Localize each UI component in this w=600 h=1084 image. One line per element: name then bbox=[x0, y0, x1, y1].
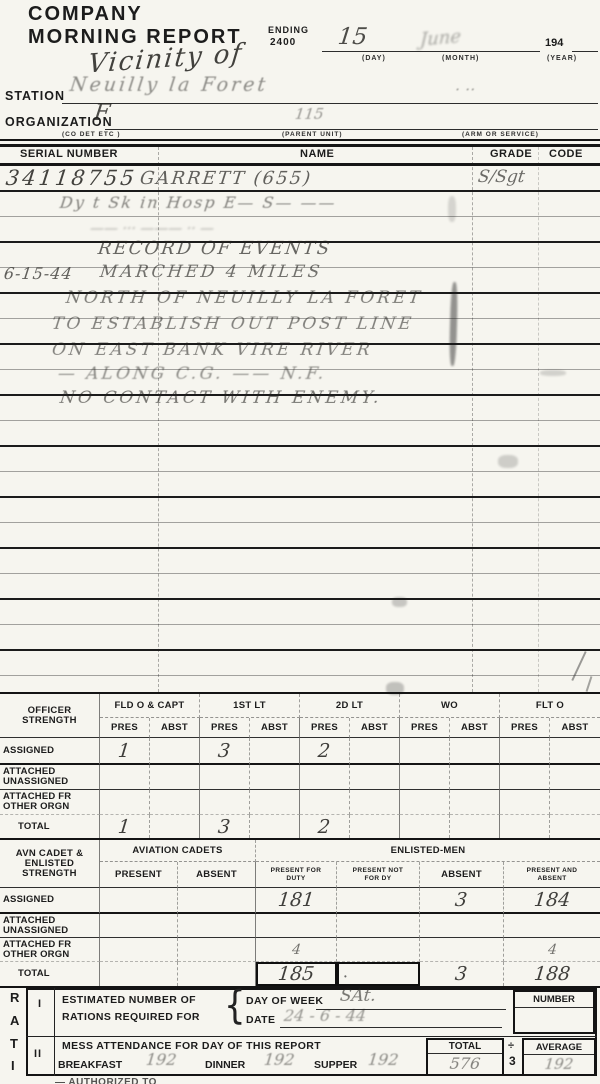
entry-grade: S/Sgt bbox=[477, 167, 526, 187]
number-box-label: NUMBER bbox=[515, 992, 593, 1008]
handwritten-month: June bbox=[420, 26, 462, 51]
acell bbox=[178, 888, 256, 914]
group-enlisted-men: ENLISTED-MEN bbox=[256, 840, 600, 862]
group-fld-o-capt: FLD O & CAPT bbox=[100, 694, 200, 718]
subhdr-absent-enlisted: ABSENT bbox=[420, 862, 504, 888]
column-divider-grade-code bbox=[538, 147, 539, 692]
ocell bbox=[200, 765, 250, 790]
year-prefix: 194 bbox=[545, 37, 563, 49]
acell bbox=[504, 914, 600, 938]
ocell bbox=[350, 790, 400, 815]
row-label-total: TOTAL bbox=[0, 815, 100, 838]
handwritten-total: 576 bbox=[427, 1054, 503, 1073]
ocell bbox=[500, 738, 550, 765]
ocell bbox=[200, 790, 250, 815]
ocell: 1 bbox=[100, 815, 150, 838]
rations-letter-r: R bbox=[10, 990, 19, 1005]
ocell bbox=[350, 815, 400, 838]
group-1st-lt: 1ST LT bbox=[200, 694, 300, 718]
row-label-attached-unassigned: ATTACHED UNASSIGNED bbox=[0, 914, 100, 938]
smudge bbox=[448, 196, 456, 222]
acell: 188 bbox=[504, 962, 600, 986]
brace: { bbox=[224, 983, 246, 1029]
group-2d-lt: 2D LT bbox=[300, 694, 400, 718]
record-of-events-title: RECORD OF EVENTS bbox=[97, 238, 333, 259]
acell bbox=[256, 914, 337, 938]
subhdr-pres: PRES bbox=[300, 718, 350, 738]
ocell bbox=[450, 815, 500, 838]
ocell bbox=[300, 790, 350, 815]
rations-row2-numeral: II bbox=[34, 1048, 42, 1060]
ocell: 3 bbox=[200, 738, 250, 765]
group-flt-o: FLT O bbox=[500, 694, 600, 718]
acell bbox=[178, 914, 256, 938]
row-label-assigned: ASSIGNED bbox=[0, 888, 100, 914]
column-header-serial: SERIAL NUMBER bbox=[20, 148, 118, 160]
ocell bbox=[100, 765, 150, 790]
acell bbox=[100, 914, 178, 938]
ocell bbox=[450, 765, 500, 790]
average-box-label: AVERAGE bbox=[524, 1040, 594, 1055]
supper-label: SUPPER bbox=[314, 1059, 357, 1071]
subhdr-abst: ABST bbox=[250, 718, 300, 738]
entry-duty-status: Dy t Sk in Hosp E— S— —— bbox=[59, 193, 338, 212]
subhdr-present-and-absent: PRESENT AND ABSENT bbox=[504, 862, 600, 888]
subhdr-abst: ABST bbox=[150, 718, 200, 738]
row-label-attached-fr-other: ATTACHED FR OTHER ORGN bbox=[0, 790, 100, 815]
column-header-name: NAME bbox=[300, 148, 334, 160]
breakfast-label: BREAKFAST bbox=[58, 1059, 122, 1071]
dinner-label: DINNER bbox=[205, 1059, 245, 1071]
row-label-attached-unassigned: ATTACHED UNASSIGNED bbox=[0, 765, 100, 790]
ocell bbox=[400, 738, 450, 765]
acell bbox=[100, 962, 178, 986]
year-caption: (YEAR) bbox=[547, 55, 577, 62]
ocell bbox=[150, 738, 200, 765]
subhdr-present-not-for-dy: PRESENT NOT FOR DY bbox=[337, 862, 420, 888]
ocell bbox=[150, 790, 200, 815]
rations-numeral-divider bbox=[54, 988, 55, 1076]
group-wo: WO bbox=[400, 694, 500, 718]
group-aviation-cadets: AVIATION CADETS bbox=[100, 840, 256, 862]
parent-caption: (PARENT UNIT) bbox=[282, 131, 343, 138]
subhdr-absent: ABSENT bbox=[178, 862, 256, 888]
column-header-grade: GRADE bbox=[490, 148, 532, 160]
officer-strength-table: OFFICER STRENGTH FLD O & CAPT 1ST LT 2D … bbox=[0, 692, 600, 840]
form-title-line1: COMPANY bbox=[28, 3, 143, 26]
ocell bbox=[550, 738, 600, 765]
acell bbox=[337, 938, 420, 962]
rations-letter-t: T bbox=[10, 1036, 18, 1051]
total-box: TOTAL 576 bbox=[426, 1038, 504, 1076]
ocell bbox=[400, 765, 450, 790]
total-box-label: TOTAL bbox=[428, 1040, 502, 1054]
acell: 3 bbox=[420, 962, 504, 986]
acell bbox=[420, 914, 504, 938]
handwritten-supper: 192 bbox=[367, 1050, 400, 1069]
divide-by: 3 bbox=[509, 1054, 516, 1068]
subhdr-pres: PRES bbox=[200, 718, 250, 738]
ocell bbox=[250, 790, 300, 815]
handwritten-day-of-week: SAt. bbox=[339, 986, 377, 1006]
handwritten-station-extra: · ·· bbox=[454, 80, 477, 99]
acell bbox=[178, 938, 256, 962]
handwritten-station: Neuilly la Foret bbox=[69, 74, 270, 96]
acell: 181 bbox=[256, 888, 337, 914]
double-rule-2 bbox=[0, 144, 600, 147]
entry-serial-number: 34118755 bbox=[5, 166, 139, 190]
acell bbox=[100, 888, 178, 914]
row-label-attached-fr-other: ATTACHED FR OTHER ORGN bbox=[0, 938, 100, 962]
divide-sign: ÷ bbox=[508, 1040, 514, 1052]
subhdr-present-for-duty: PRESENT FOR DUTY bbox=[256, 862, 337, 888]
officer-value: 2 bbox=[317, 740, 331, 762]
rations-letter-i: I bbox=[11, 1058, 15, 1073]
acell: 3 bbox=[420, 888, 504, 914]
acell bbox=[420, 938, 504, 962]
ocell bbox=[250, 815, 300, 838]
event-line-1: MARCHED 4 MILES bbox=[99, 262, 324, 282]
avn-table-title: AVN CADET & ENLISTED STRENGTH bbox=[0, 840, 100, 888]
ocell bbox=[400, 815, 450, 838]
handwritten-dinner: 192 bbox=[263, 1050, 296, 1069]
event-line-6: NO CONTACT WITH ENEMY. bbox=[59, 388, 383, 408]
acell: 4 bbox=[256, 938, 337, 962]
event-date: 6-15-44 bbox=[3, 264, 74, 283]
date-label: DATE bbox=[246, 1014, 275, 1026]
ocell bbox=[450, 790, 500, 815]
acell-total-boxed bbox=[337, 962, 420, 986]
handwritten-parent-unit: 115 bbox=[294, 105, 325, 123]
date-line bbox=[280, 1027, 502, 1028]
acell-total-boxed: 185 bbox=[256, 962, 337, 986]
acell bbox=[337, 888, 420, 914]
ocell bbox=[150, 765, 200, 790]
acell bbox=[337, 914, 420, 938]
acell bbox=[100, 938, 178, 962]
ocell bbox=[100, 790, 150, 815]
double-rule-1 bbox=[0, 139, 600, 141]
row-label-assigned: ASSIGNED bbox=[0, 738, 100, 765]
number-box: NUMBER bbox=[513, 990, 595, 1034]
subhdr-pres: PRES bbox=[500, 718, 550, 738]
ocell bbox=[250, 738, 300, 765]
ending-label: ENDING bbox=[268, 25, 309, 35]
officer-value: 1 bbox=[117, 740, 131, 762]
day-caption: (DAY) bbox=[362, 55, 386, 62]
month-caption: (MONTH) bbox=[442, 55, 479, 62]
station-line bbox=[62, 103, 598, 104]
subhdr-present: PRESENT bbox=[100, 862, 178, 888]
rations-letter-a: A bbox=[10, 1013, 19, 1028]
acell: 184 bbox=[504, 888, 600, 914]
smudge bbox=[540, 370, 566, 376]
column-header-code: CODE bbox=[549, 148, 583, 160]
handwritten-date: 24 - 6 - 44 bbox=[283, 1006, 367, 1025]
subhdr-pres: PRES bbox=[400, 718, 450, 738]
year-line bbox=[572, 51, 598, 52]
footer-clipped-text: — AUTHORIZED TO bbox=[55, 1077, 157, 1084]
subhdr-abst: ABST bbox=[350, 718, 400, 738]
ocell: 2 bbox=[300, 815, 350, 838]
acell: 4 bbox=[504, 938, 600, 962]
event-line-4: ON EAST BANK VIRE RIVER bbox=[51, 340, 374, 360]
officer-value: 3 bbox=[217, 740, 231, 762]
ocell: 3 bbox=[200, 815, 250, 838]
handwritten-breakfast: 192 bbox=[145, 1050, 178, 1069]
average-box: AVERAGE 192 bbox=[522, 1038, 596, 1076]
ocell: 2 bbox=[300, 738, 350, 765]
date-line bbox=[322, 51, 540, 52]
ocell bbox=[550, 765, 600, 790]
rations-row1-numeral: I bbox=[38, 998, 41, 1010]
column-divider-name-grade bbox=[472, 147, 473, 692]
estimated-rations-label-1: ESTIMATED NUMBER OF bbox=[62, 994, 196, 1006]
ocell bbox=[400, 790, 450, 815]
ocell bbox=[350, 765, 400, 790]
smudge bbox=[498, 455, 518, 468]
co-caption: (CO DET ETC ) bbox=[62, 131, 121, 138]
entry-name: GARRETT (655) bbox=[139, 168, 314, 189]
subhdr-pres: PRES bbox=[100, 718, 150, 738]
ocell bbox=[550, 815, 600, 838]
ocell bbox=[550, 790, 600, 815]
organization-line bbox=[105, 129, 598, 130]
morning-report-document: COMPANY MORNING REPORT ENDING 2400 15 Ju… bbox=[0, 0, 600, 1084]
ocell bbox=[150, 815, 200, 838]
ocell bbox=[350, 738, 400, 765]
officer-table-title: OFFICER STRENGTH bbox=[0, 694, 100, 738]
event-line-2: NORTH OF NEUILLY LA FORET bbox=[65, 288, 424, 308]
ocell bbox=[300, 765, 350, 790]
arm-caption: (ARM OR SERVICE) bbox=[462, 131, 539, 138]
handwritten-average: 192 bbox=[523, 1055, 595, 1073]
event-line-3: TO ESTABLISH OUT POST LINE bbox=[51, 314, 415, 334]
ocell bbox=[500, 815, 550, 838]
station-label: STATION bbox=[5, 89, 65, 103]
smudge bbox=[392, 597, 407, 607]
subhdr-abst: ABST bbox=[450, 718, 500, 738]
ending-time: 2400 bbox=[270, 37, 296, 48]
row-label-total: TOTAL bbox=[0, 962, 100, 986]
enlisted-strength-table: AVN CADET & ENLISTED STRENGTH AVIATION C… bbox=[0, 838, 600, 988]
subhdr-abst: ABST bbox=[550, 718, 600, 738]
handwritten-organization: F bbox=[92, 100, 111, 126]
ocell bbox=[450, 738, 500, 765]
entry-illegible-line: —— ··· ——— ·· — bbox=[89, 221, 215, 237]
ocell: 1 bbox=[100, 738, 150, 765]
event-line-5: — ALONG C.G. —— N.F. bbox=[57, 364, 328, 384]
ocell bbox=[500, 790, 550, 815]
estimated-rations-label-2: RATIONS REQUIRED FOR bbox=[62, 1011, 200, 1023]
handwritten-day: 15 bbox=[336, 24, 368, 50]
ocell bbox=[500, 765, 550, 790]
ocell bbox=[250, 765, 300, 790]
rations-row-divider bbox=[26, 1036, 597, 1037]
